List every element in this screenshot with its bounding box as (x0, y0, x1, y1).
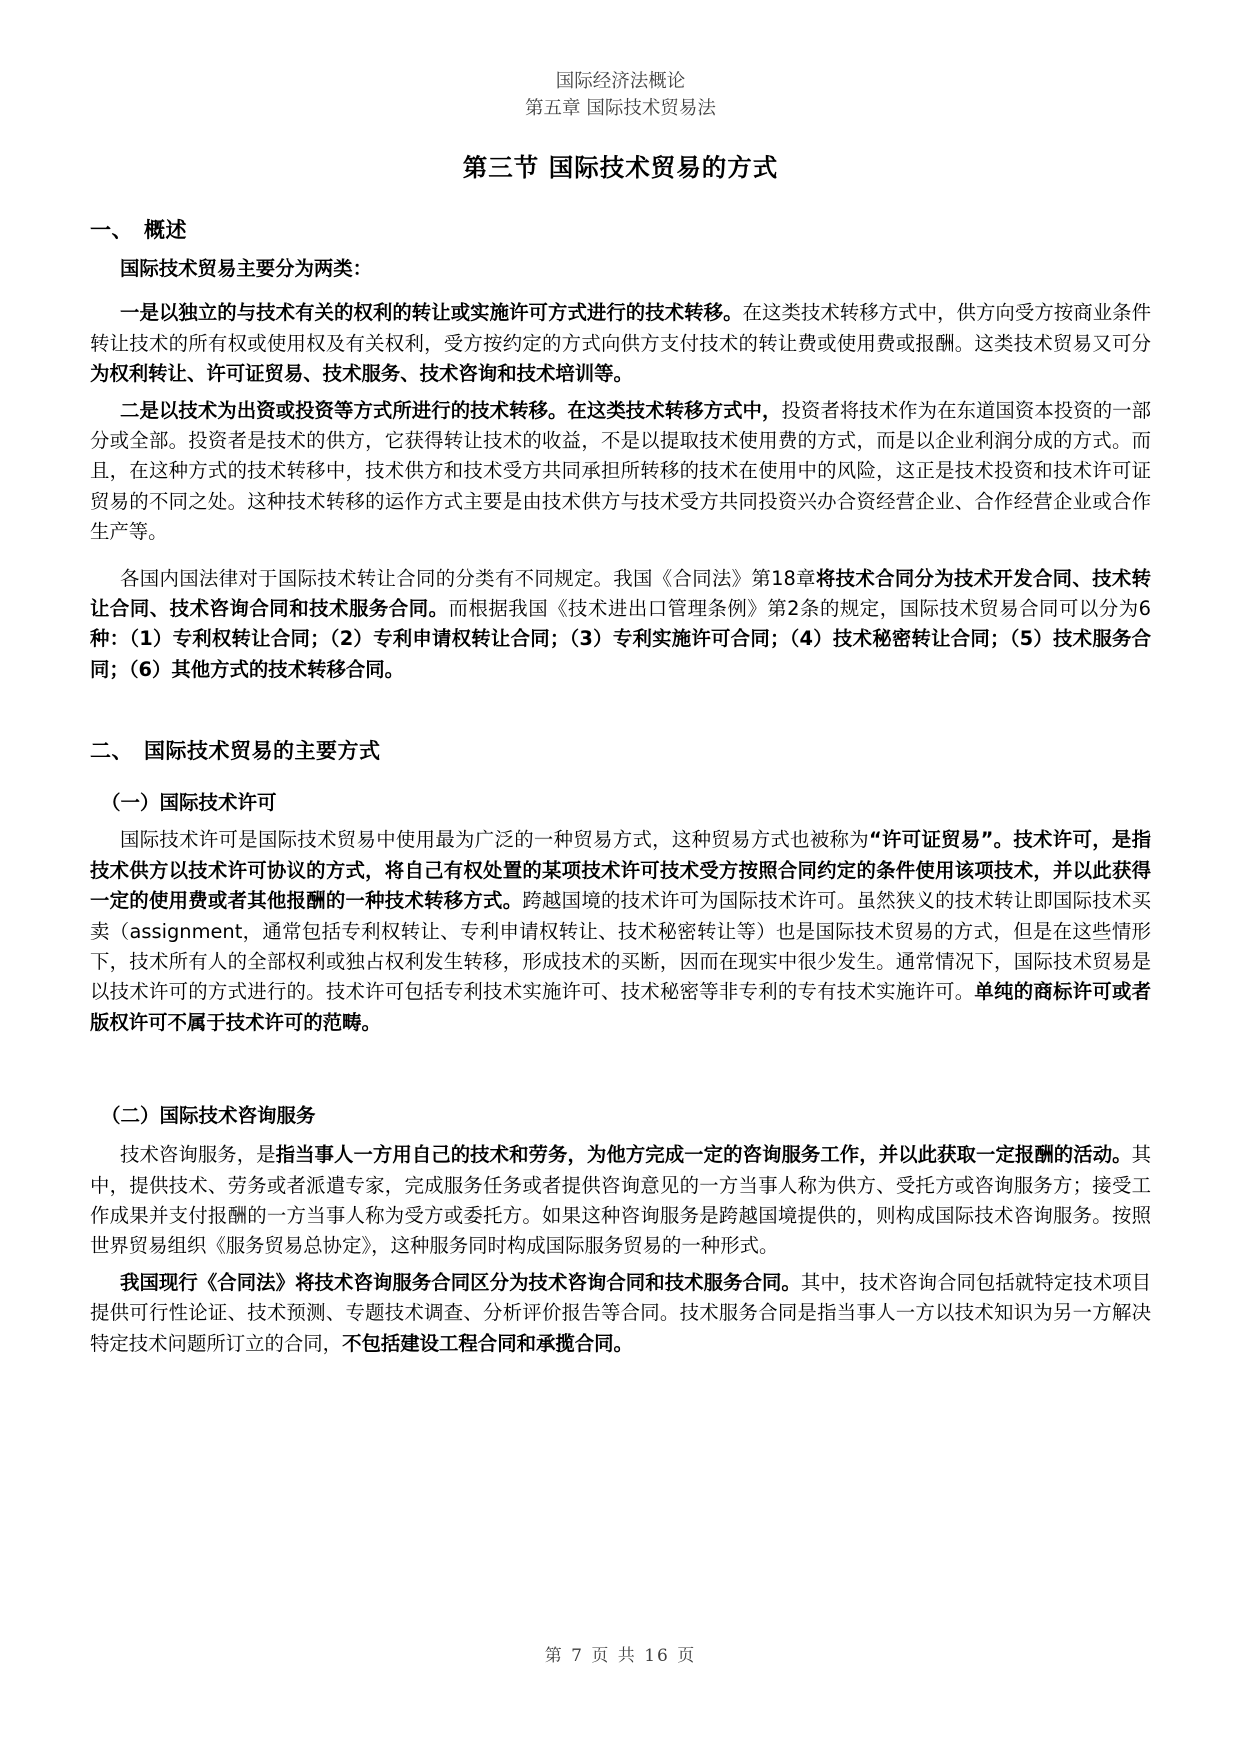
document-page: 国际经济法概论 第五章 国际技术贸易法 第三节 国际技术贸易的方式 一、 概述 … (0, 0, 1241, 1754)
paragraph-consulting-service: 技术咨询服务，是指当事人一方用自己的技术和劳务，为他方完成一定的咨询服务工作，并… (90, 1140, 1151, 1262)
paragraph-type-two: 二是以技术为出资或投资等方式所进行的技术转移。在这类技术转移方式中，投资者将技术… (90, 396, 1151, 548)
heading-overview: 一、 概述 (90, 214, 1151, 244)
paragraph-type-one: 一是以独立的与技术有关的权利的转让或实施许可方式进行的技术转移。在这类技术转移方… (90, 298, 1151, 389)
page-number-footer: 第 7 页 共 16 页 (0, 1641, 1241, 1666)
header-course-title: 国际经济法概论 (90, 68, 1151, 95)
subheading-consulting-service: （二）国际技术咨询服务 (90, 1100, 1151, 1128)
subheading-tech-license: （一）国际技术许可 (90, 787, 1151, 815)
paragraph-tech-license: 国际技术许可是国际技术贸易中使用最为广泛的一种贸易方式，这种贸易方式也被称为“许… (90, 825, 1151, 1038)
heading-main-methods: 二、 国际技术贸易的主要方式 (90, 735, 1151, 765)
page-title: 第三节 国际技术贸易的方式 (90, 149, 1151, 184)
paragraph-contract-classification: 各国内国法律对于国际技术转让合同的分类有不同规定。我国《合同法》第18章将技术合… (90, 564, 1151, 686)
document-header: 国际经济法概论 第五章 国际技术贸易法 (90, 68, 1151, 122)
paragraph-intro: 国际技术贸易主要分为两类： (90, 254, 1151, 284)
paragraph-contract-law: 我国现行《合同法》将技术咨询服务合同区分为技术咨询合同和技术服务合同。其中，技术… (90, 1268, 1151, 1359)
header-chapter-title: 第五章 国际技术贸易法 (90, 95, 1151, 122)
